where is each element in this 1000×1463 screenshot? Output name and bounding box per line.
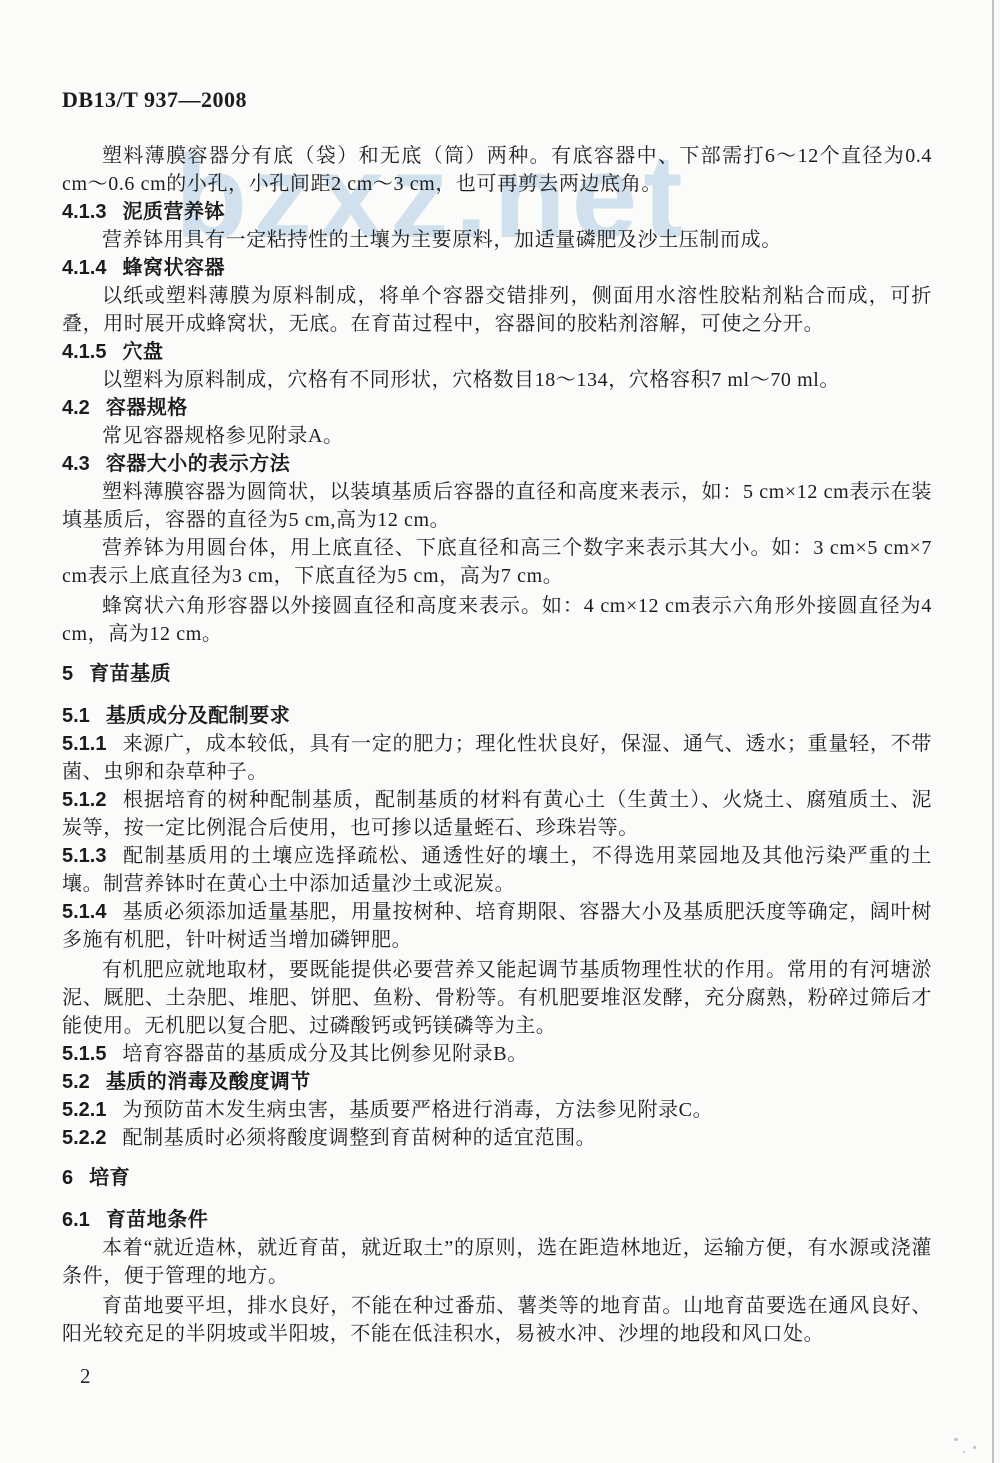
clause-paragraph: 5.1.3配制基质用的土壤应选择疏松、通透性好的壤土，不得选用菜园地及其他污染严… — [62, 842, 932, 898]
paragraph: 营养钵为用圆台体，用上底直径、下底直径和高三个数字来表示其大小。如：3 cm×5… — [62, 534, 932, 590]
clause-number: 4.1.5 — [62, 341, 106, 363]
clause-text: 基质必须添加适量基肥，用量按树种、培育期限、容器大小及基质肥沃度等确定，阔叶树多… — [62, 901, 932, 951]
paragraph: 本着“就近造林，就近育苗，就近取土”的原则，选在距造林地近，运输方便，有水源或浇… — [62, 1234, 932, 1290]
clause-paragraph: 5.1.4基质必须添加适量基肥，用量按树种、培育期限、容器大小及基质肥沃度等确定… — [62, 898, 932, 954]
paragraph: 有机肥应就地取材，要既能提供必要营养又能起调节基质物理性状的作用。常用的有河塘淤… — [62, 956, 932, 1040]
standard-number-header: DB13/T 937—2008 — [62, 86, 932, 114]
clause-title: 容器大小的表示方法 — [106, 453, 291, 475]
clause-number: 5.1 — [62, 705, 90, 727]
clause-number: 4.3 — [62, 453, 90, 475]
clause-number: 5.1.1 — [62, 733, 106, 755]
clause-number: 5.1.5 — [62, 1043, 106, 1065]
section-title: 培育 — [89, 1167, 130, 1189]
paragraph: 育苗地要平坦，排水良好，不能在种过番茄、薯类等的地育苗。山地育苗要选在通风良好、… — [62, 1292, 932, 1348]
clause-title: 育苗地条件 — [106, 1209, 209, 1231]
clause-heading: 4.3容器大小的表示方法 — [62, 450, 932, 478]
section-heading: 5育苗基质 — [62, 660, 932, 688]
clause-title: 穴盘 — [122, 341, 163, 363]
clause-text: 为预防苗木发生病虫害，基质要严格进行消毒，方法参见附录C。 — [122, 1099, 713, 1121]
section-number: 6 — [62, 1167, 73, 1189]
clause-paragraph: 5.1.2根据培育的树种配制基质，配制基质的材料有黄心土（生黄土）、火烧土、腐殖… — [62, 786, 932, 842]
clause-title: 基质的消毒及酸度调节 — [106, 1071, 311, 1093]
clause-text: 来源广，成本较低，具有一定的肥力；理化性状良好，保湿、通气、透水；重量轻，不带菌… — [62, 733, 932, 783]
clause-number: 6.1 — [62, 1209, 90, 1231]
clause-number: 4.1.3 — [62, 201, 106, 223]
clause-number: 5.2.1 — [62, 1099, 106, 1121]
clause-heading: 5.1基质成分及配制要求 — [62, 702, 932, 730]
section-title: 育苗基质 — [89, 663, 171, 685]
paragraph: 营养钵用具有一定粘持性的土壤为主要原料，加适量磷肥及沙土压制而成。 — [62, 226, 932, 254]
clause-text: 根据培育的树种配制基质，配制基质的材料有黄心土（生黄土）、火烧土、腐殖质土、泥炭… — [62, 789, 932, 839]
scan-edge-line — [992, 0, 994, 1463]
paragraph: 以纸或塑料薄膜为原料制成，将单个容器交错排列，侧面用水溶性胶粘剂粘合而成，可折叠… — [62, 282, 932, 338]
clause-number: 4.1.4 — [62, 257, 106, 279]
clause-paragraph: 5.1.1来源广，成本较低，具有一定的肥力；理化性状良好，保湿、通气、透水；重量… — [62, 730, 932, 786]
clause-title: 泥质营养钵 — [122, 201, 225, 223]
document-page: DB13/T 937—2008 塑料薄膜容器分有底（袋）和无底（筒）两种。有底容… — [0, 0, 1000, 1463]
clause-paragraph: 5.2.1为预防苗木发生病虫害，基质要严格进行消毒，方法参见附录C。 — [62, 1096, 932, 1124]
clause-text: 配制基质时必须将酸度调整到育苗树种的适宜范围。 — [122, 1127, 596, 1149]
clause-number: 4.2 — [62, 397, 90, 419]
section-number: 5 — [62, 663, 73, 685]
paragraph: 塑料薄膜容器为圆筒状，以装填基质后容器的直径和高度来表示，如：5 cm×12 c… — [62, 478, 932, 534]
clause-title: 基质成分及配制要求 — [106, 705, 291, 727]
clause-heading: 4.1.3泥质营养钵 — [62, 198, 932, 226]
paragraph: 以塑料为原料制成，穴格有不同形状，穴格数目18～134，穴格容积7 ml～70 … — [62, 366, 932, 394]
clause-number: 5.1.2 — [62, 789, 106, 811]
page-number: 2 — [80, 1362, 932, 1390]
scan-speckle — [973, 1446, 976, 1449]
clause-heading: 6.1育苗地条件 — [62, 1206, 932, 1234]
clause-text: 配制基质用的土壤应选择疏松、通透性好的壤土，不得选用菜园地及其他污染严重的土壤。… — [62, 845, 932, 895]
clause-number: 5.1.3 — [62, 845, 106, 867]
clause-title: 蜂窝状容器 — [122, 257, 225, 279]
section-heading: 6培育 — [62, 1164, 932, 1192]
clause-number: 5.2 — [62, 1071, 90, 1093]
clause-heading: 4.1.5穴盘 — [62, 338, 932, 366]
scan-speckle — [954, 1438, 958, 1441]
clause-heading: 4.1.4蜂窝状容器 — [62, 254, 932, 282]
scan-speckle — [963, 1451, 965, 1453]
paragraph: 常见容器规格参见附录A。 — [62, 422, 932, 450]
paragraph: 塑料薄膜容器分有底（袋）和无底（筒）两种。有底容器中、下部需打6～12个直径为0… — [62, 142, 932, 198]
clause-heading: 4.2容器规格 — [62, 394, 932, 422]
clause-number: 5.2.2 — [62, 1127, 106, 1149]
clause-paragraph: 5.1.5培育容器苗的基质成分及其比例参见附录B。 — [62, 1040, 932, 1068]
clause-title: 容器规格 — [106, 397, 188, 419]
clause-heading: 5.2基质的消毒及酸度调节 — [62, 1068, 932, 1096]
clause-text: 培育容器苗的基质成分及其比例参见附录B。 — [122, 1043, 527, 1065]
paragraph: 蜂窝状六角形容器以外接圆直径和高度来表示。如：4 cm×12 cm表示六角形外接… — [62, 592, 932, 648]
clause-number: 5.1.4 — [62, 901, 106, 923]
clause-paragraph: 5.2.2配制基质时必须将酸度调整到育苗树种的适宜范围。 — [62, 1124, 932, 1152]
